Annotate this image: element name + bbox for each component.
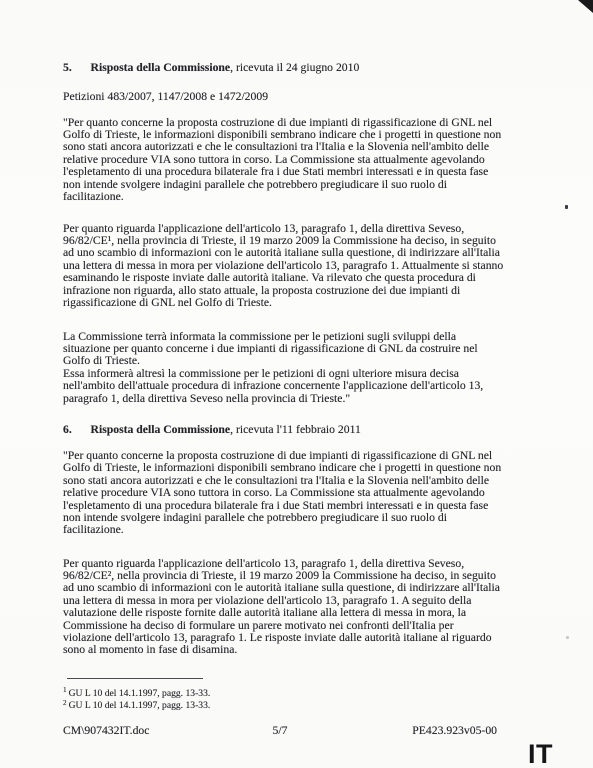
scan-artifact-dot (566, 636, 569, 639)
footnote: 2GU L 10 del 14.1.1997, pagg. 13-33. (63, 700, 538, 712)
text-line: l'espletamento di una procedura bilatera… (63, 166, 538, 178)
scan-artifact-corner-mark (578, 0, 593, 13)
scan-artifact-dot (565, 205, 568, 209)
petitions-reference-line: Petizioni 483/2007, 1147/2008 e 1472/200… (63, 91, 538, 103)
paragraph: "Per quanto concerne la proposta costruz… (63, 450, 538, 537)
language-code-label: IT (528, 740, 553, 768)
footnote-separator (67, 678, 203, 679)
section-5-heading: 5.Risposta della Commissione, ricevuta i… (63, 62, 538, 74)
paragraph: La Commissione terrà informata la commis… (63, 331, 538, 405)
section-5-number: 5. (63, 62, 91, 74)
text-line: facilitazione. (63, 191, 538, 203)
footnote-marker: 2 (63, 699, 67, 707)
section-5-title: Risposta della Commissione (91, 61, 231, 74)
paragraph: Per quanto riguarda l'applicazione dell'… (63, 223, 538, 310)
text-line: Golfo di Trieste. (63, 355, 538, 367)
footnote-marker: 1 (63, 686, 67, 694)
footer-page-number: 5/7 (273, 725, 288, 737)
page-footer: CM\907432IT.doc 5/7 PE423.923v05-00 (63, 725, 497, 739)
text-line: sono stati ancora autorizzati e che le c… (63, 141, 538, 153)
section-5-title-suffix: , ricevuta il 24 giugno 2010 (230, 61, 359, 74)
paragraph: Per quanto riguarda l'applicazione dell'… (63, 558, 538, 657)
section-6-title-suffix: , ricevuta l'11 febbraio 2011 (230, 423, 361, 436)
document-page: 5.Risposta della Commissione, ricevuta i… (0, 0, 593, 768)
text-line: facilitazione. (63, 524, 538, 536)
footnote-text: GU L 10 del 14.1.1997, pagg. 13-33. (69, 688, 211, 699)
text-line: Golfo di Trieste, le informazioni dispon… (63, 462, 538, 474)
text-line: rigassificazione di GNL nel Golfo di Tri… (63, 297, 538, 309)
text-line: relative procedure VIA sono tuttora in c… (63, 487, 538, 499)
paragraph: "Per quanto concerne la proposta costruz… (63, 117, 538, 204)
footer-document-reference: CM\907432IT.doc (63, 725, 149, 737)
text-line: paragrafo 1, della direttiva Seveso nell… (63, 393, 538, 405)
text-line: ad uno scambio di informazioni con le au… (63, 247, 538, 259)
text-line: non intende svolgere indagini parallele … (63, 512, 538, 524)
footer-pe-reference: PE423.923v05-00 (412, 725, 497, 737)
text-line: sono al momento in fase di disamina. (63, 644, 538, 656)
text-line: esaminando le risposte inviate dalle aut… (63, 272, 538, 284)
text-line: non intende svolgere indagini parallele … (63, 179, 538, 191)
section-6-heading: 6.Risposta della Commissione, ricevuta l… (63, 424, 538, 436)
footnote-text: GU L 10 del 14.1.1997, pagg. 13-33. (69, 700, 211, 711)
section-6-title: Risposta della Commissione (91, 423, 231, 436)
footnote: 1GU L 10 del 14.1.1997, pagg. 13-33. (63, 688, 538, 700)
section-6-number: 6. (63, 424, 91, 436)
text-line: nell'ambito dell'attuale procedura di in… (63, 380, 538, 392)
text-line: ad uno scambio di informazioni con le au… (63, 582, 538, 594)
text-line: valutazione delle risposte fornite dalle… (63, 607, 538, 619)
